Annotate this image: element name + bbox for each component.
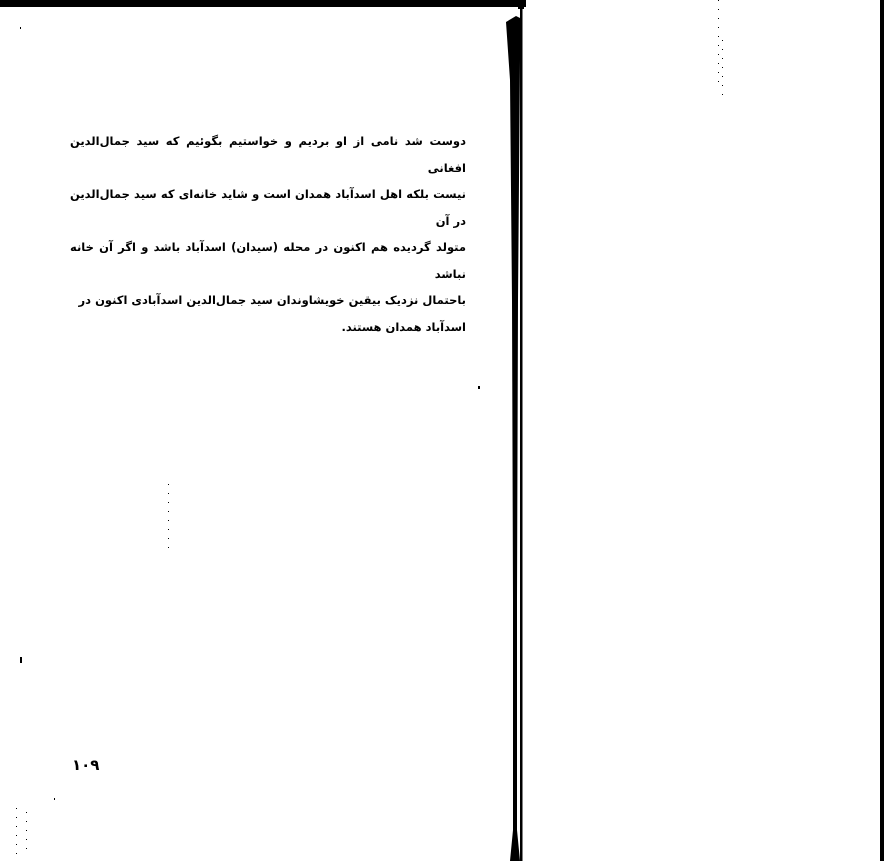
scan-speck [20,657,22,663]
scan-speck [20,27,21,29]
scan-dot-column [168,484,169,554]
scan-top-border [0,0,526,7]
page-body-text: دوست شد نامی از او بردیم و خواستیم بگوئی… [70,128,466,340]
scan-dot-column [16,808,17,858]
book-spine-shadow [504,0,526,861]
scan-dot-column [722,40,723,100]
page-number: ۱۰۹ [72,756,99,774]
scan-dot-column [718,0,719,90]
scan-speck [54,798,55,800]
scan-speck [478,386,480,389]
text-line: متولد گردیده هم اکنون در محله (سیدان) اس… [70,234,466,287]
text-line: اسدآباد همدان هستند. [70,314,466,341]
text-line: باحتمال نزدیک بیقین خویشاوندان سید جمال‌… [70,287,466,314]
text-line: نیست بلکه اهل اسدآباد همدان است و شاید خ… [70,181,466,234]
scan-right-border [880,0,884,861]
scan-dot-column [26,812,27,857]
text-line: دوست شد نامی از او بردیم و خواستیم بگوئی… [70,128,466,181]
